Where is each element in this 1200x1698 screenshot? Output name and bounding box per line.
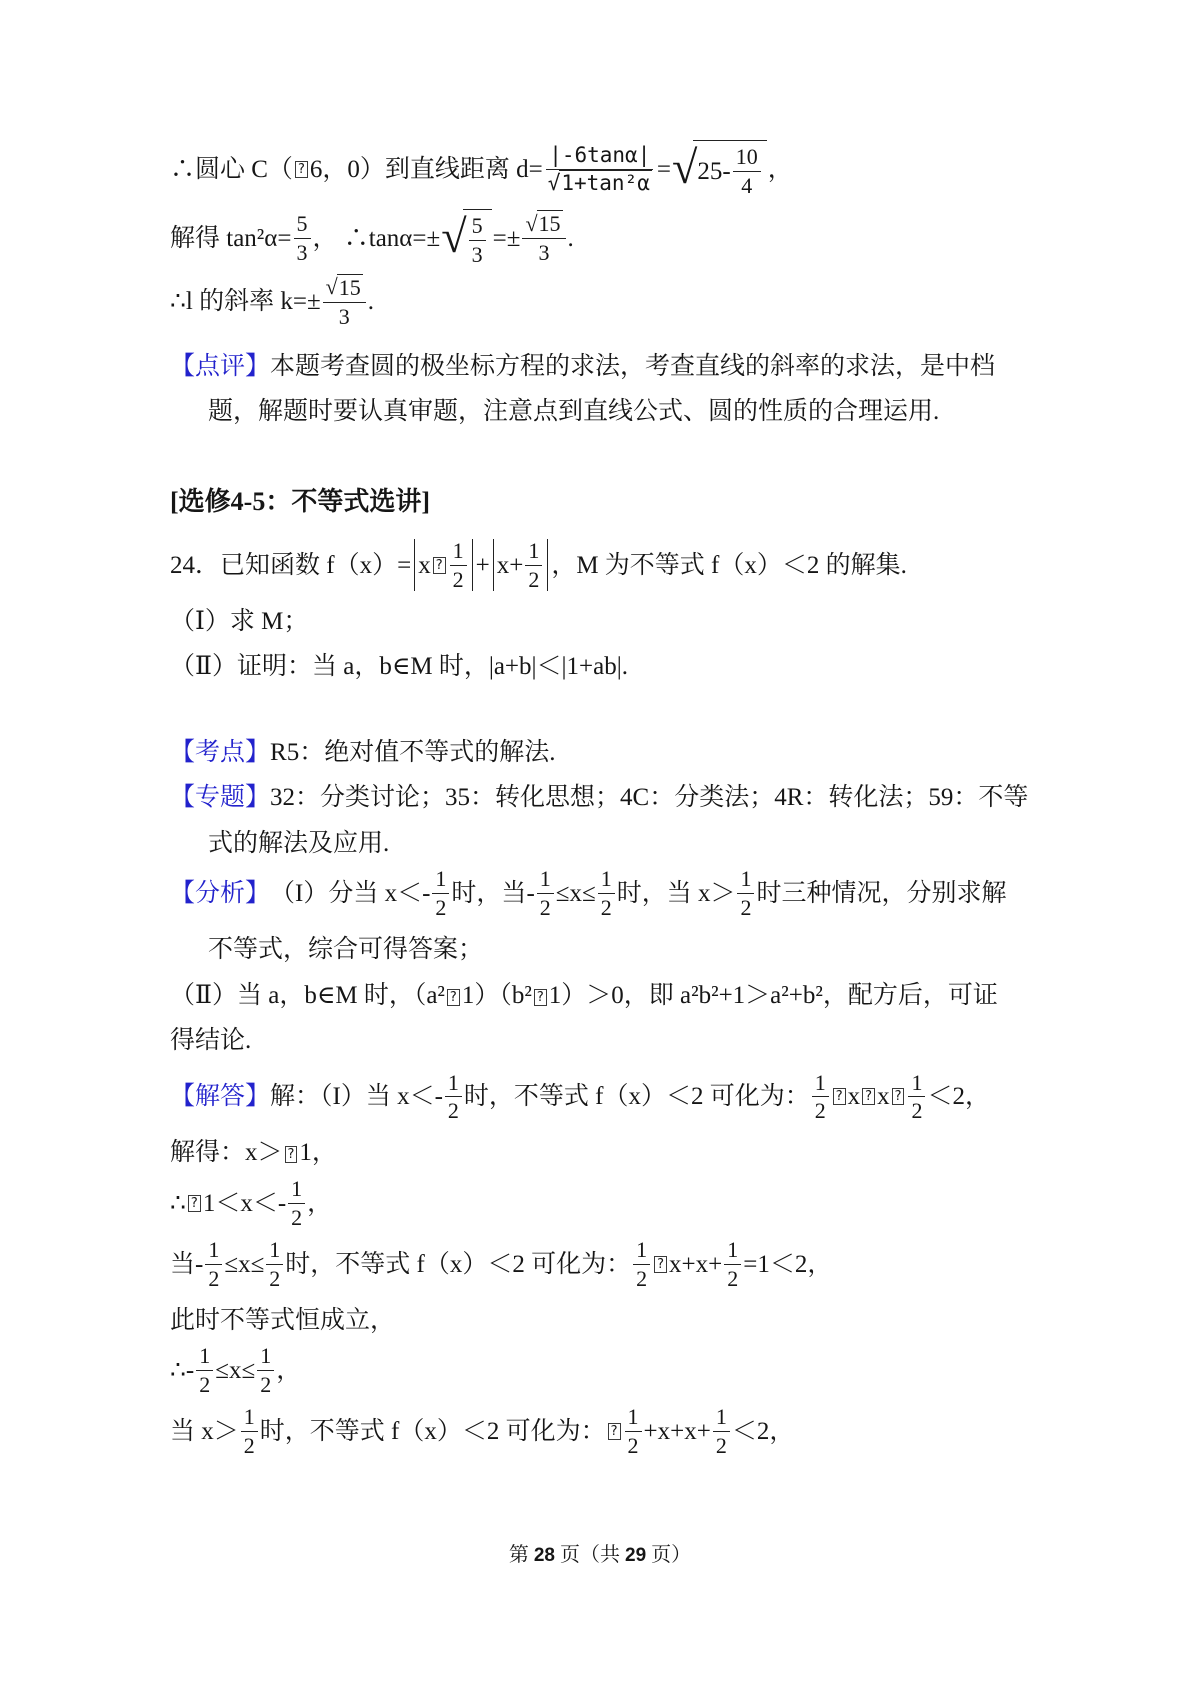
fenxi-tag: 【分析】 <box>170 878 270 909</box>
math-text: . <box>368 286 374 317</box>
math-text: ，M 为不等式 f（x）＜2 的解集. <box>551 550 907 581</box>
jieda-line4: 当 - 12 ≤x≤ 12 时，不等式 f（x）＜2 可化为： 12 ? x+x… <box>170 1237 1040 1292</box>
fraction-numerator: 1 <box>724 1237 741 1265</box>
math-text: 时，当 x＞ <box>617 878 736 909</box>
radicand: 15 <box>337 274 363 301</box>
missing-glyph-box: ? <box>447 989 460 1006</box>
fraction: |-6tanα| √1+tan²α <box>545 143 655 196</box>
math-text: ， <box>768 154 793 185</box>
fraction-numerator: 1 <box>598 866 615 894</box>
fraction: 12 <box>812 1070 829 1125</box>
abs-bar <box>472 539 473 591</box>
footer-text: 页（共 <box>555 1544 625 1566</box>
fraction-denominator: 2 <box>450 566 467 593</box>
fraction: 12 <box>205 1237 222 1292</box>
fraction-denominator: 2 <box>196 1371 213 1398</box>
math-text: 25- <box>697 156 730 187</box>
math-text: 当 <box>170 1249 195 1280</box>
section-header: [选修4-5：不等式选讲] <box>170 481 1040 518</box>
fraction-denominator: 3 <box>535 239 552 266</box>
kaodian-text: R5：绝对值不等式的解法. <box>270 739 555 766</box>
footer-total-pages: 29 <box>625 1545 646 1566</box>
fraction-denominator: 2 <box>598 894 615 921</box>
fraction-denominator: 2 <box>205 1265 222 1292</box>
missing-glyph-box: ? <box>862 1088 875 1105</box>
fraction-numerator: 1 <box>445 1070 462 1098</box>
math-text: =1＜2， <box>743 1249 832 1280</box>
missing-glyph-box: ? <box>534 989 547 1006</box>
fraction-denominator: 2 <box>724 1265 741 1292</box>
fraction-denominator: 2 <box>908 1097 925 1124</box>
fraction-numerator: 1 <box>625 1404 642 1432</box>
fraction: 12 <box>633 1237 650 1292</box>
fraction-numerator: 1 <box>633 1237 650 1265</box>
abs-bar <box>547 539 548 591</box>
minus-sign: - <box>435 1081 443 1112</box>
fraction-numerator: √15 <box>323 274 366 303</box>
missing-glyph-box: ? <box>433 557 446 574</box>
math-text: ， <box>276 1355 301 1386</box>
fraction-numerator: 1 <box>908 1070 925 1098</box>
review-tag: 【点评】 <box>170 353 270 380</box>
fraction-denominator: 3 <box>294 239 311 266</box>
missing-glyph-box: ? <box>654 1256 667 1273</box>
math-text: （I）分当 x＜ <box>270 878 422 909</box>
math-text: 时，不等式 f（x）＜2 可化为： <box>285 1249 631 1280</box>
math-text: ∴ <box>170 1355 186 1386</box>
zhuanti-text: 32：分类讨论；35：转化思想；4C：分类法；4R：转化法；59：不等 <box>270 784 1028 811</box>
fraction-denominator: √1+tan²α <box>545 170 655 196</box>
math-text: 当 x＞ <box>170 1416 239 1447</box>
minus-sign: - <box>195 1249 203 1280</box>
radicand: 15 <box>537 210 563 237</box>
math-text: 1， <box>299 1139 337 1166</box>
fraction-denominator: 2 <box>432 894 449 921</box>
math-text: + <box>476 550 490 581</box>
fraction-numerator: 1 <box>737 866 754 894</box>
fraction-denominator: 3 <box>336 303 353 330</box>
fraction-numerator: 1 <box>713 1404 730 1432</box>
fraction: 12 <box>432 866 449 921</box>
math-text: ∴l 的斜率 k=± <box>170 286 321 317</box>
math-text: ≤x≤ <box>556 878 596 909</box>
math-text: （Ⅱ）当 a，b∈M 时，（a² <box>170 982 445 1009</box>
fenxi-line1: 【分析】 （I）分当 x＜ - 12 时，当 - 12 ≤x≤ 12 时，当 x… <box>170 866 1040 921</box>
jieda-line5: 此时不等式恒成立， <box>170 1298 1040 1344</box>
fraction: √15 3 <box>323 274 366 330</box>
fraction-numerator: 5 <box>294 211 311 239</box>
math-text: ， ∴tanα=± <box>313 223 441 254</box>
fraction: 5 3 <box>294 211 311 266</box>
fraction: 12 <box>625 1404 642 1459</box>
fraction: 12 <box>537 866 554 921</box>
fraction-numerator: 1 <box>241 1404 258 1432</box>
math-text: ， <box>307 1188 332 1219</box>
fraction-numerator: 1 <box>266 1237 283 1265</box>
math-text: ＜2， <box>732 1416 795 1447</box>
math-text: ≤x≤ <box>224 1249 264 1280</box>
math-text: 6，0）到直线距离 d= <box>310 154 543 185</box>
footer-text: 第 <box>509 1544 534 1566</box>
jieda-line6: ∴ - 12 ≤x≤ 12 ， <box>170 1343 1040 1398</box>
minus-sign: - <box>186 1355 194 1386</box>
fraction-denominator: 2 <box>812 1097 829 1124</box>
math-text: x+ <box>497 550 524 581</box>
footer-page-number: 28 <box>534 1545 555 1566</box>
fraction: 1 2 <box>525 538 542 593</box>
math-text: x <box>877 1081 890 1112</box>
fraction-numerator: 1 <box>812 1070 829 1098</box>
fraction-denominator: 2 <box>525 566 542 593</box>
fraction-denominator: 2 <box>257 1371 274 1398</box>
fraction-numerator: 1 <box>196 1343 213 1371</box>
fraction-numerator: 1 <box>432 866 449 894</box>
kaodian-paragraph: 【考点】R5：绝对值不等式的解法. <box>170 730 1040 776</box>
math-text: 1）＞0，即 a²b²+1＞a²+b²，配方后，可证 <box>549 982 998 1009</box>
abs-bar <box>493 539 494 591</box>
review-text: 本题考查圆的极坐标方程的求法，考查直线的斜率的求法，是中档 <box>270 353 995 380</box>
math-text: 时三种情况，分别求解 <box>756 878 1006 909</box>
math-line-slope: ∴l 的斜率 k=± √15 3 . <box>170 274 1040 330</box>
review-paragraph: 【点评】本题考查圆的极坐标方程的求法，考查直线的斜率的求法，是中档 <box>170 344 1040 390</box>
fraction-numerator: 10 <box>733 144 761 172</box>
math-text: +x+x+ <box>644 1416 711 1447</box>
fraction-denominator: 2 <box>266 1265 283 1292</box>
square-root: √ 25- 10 4 <box>672 140 767 199</box>
math-text: x <box>418 550 431 581</box>
fraction-numerator: 5 <box>469 213 486 241</box>
missing-glyph-box: ? <box>833 1088 846 1105</box>
radicand: 1+tan²α <box>559 170 652 195</box>
fraction-numerator: 1 <box>257 1343 274 1371</box>
math-text: ＜2， <box>927 1081 990 1112</box>
math-line-tan: 解得 tan²α= 5 3 ， ∴tanα=± √ 5 3 =± √15 3 . <box>170 209 1040 268</box>
fraction: 12 <box>288 1176 305 1231</box>
footer-text: 页） <box>646 1544 691 1566</box>
math-text: 1＜x＜ <box>203 1188 278 1219</box>
missing-glyph-box: ? <box>188 1195 201 1212</box>
problem-24-part2: （Ⅱ）证明：当 a，b∈M 时，|a+b|＜|1+ab|. <box>170 644 1040 690</box>
missing-glyph-box: ? <box>608 1423 621 1440</box>
math-line-distance: ∴圆心 C（?6，0）到直线距离 d= |-6tanα| √1+tan²α = … <box>170 140 1040 199</box>
fraction: 12 <box>908 1070 925 1125</box>
math-text: =± <box>493 223 521 254</box>
math-text: 解：（I）当 x＜ <box>270 1081 435 1112</box>
document-page: ∴圆心 C（?6，0）到直线距离 d= |-6tanα| √1+tan²α = … <box>0 0 1200 1698</box>
problem-24-part1: （Ⅰ）求 M； <box>170 599 1040 645</box>
fraction: 12 <box>241 1404 258 1459</box>
fraction-denominator: 4 <box>738 172 755 199</box>
fraction: 12 <box>266 1237 283 1292</box>
fraction-denominator: 2 <box>625 1432 642 1459</box>
fraction-denominator: 2 <box>537 894 554 921</box>
math-text: ∴圆心 C（ <box>170 154 293 185</box>
zhuanti-paragraph: 【专题】32：分类讨论；35：转化思想；4C：分类法；4R：转化法；59：不等 <box>170 775 1040 821</box>
math-text: 解得：x＞ <box>170 1139 283 1166</box>
fraction-denominator: 2 <box>713 1432 730 1459</box>
minus-sign: - <box>526 878 534 909</box>
missing-glyph-box: ? <box>892 1088 905 1105</box>
math-text: x+x+ <box>669 1249 722 1280</box>
radicand: 5 3 <box>463 209 492 268</box>
math-text: 时，不等式 f（x）＜2 可化为： <box>464 1081 810 1112</box>
fenxi-line3: （Ⅱ）当 a，b∈M 时，（a²?1）（b²?1）＞0，即 a²b²+1＞a²+… <box>170 973 1040 1019</box>
math-text: . <box>568 223 574 254</box>
fraction-denominator: 3 <box>469 241 486 268</box>
fraction: 12 <box>724 1237 741 1292</box>
fenxi-line4: 得结论. <box>170 1018 1040 1064</box>
math-text: x <box>848 1081 861 1112</box>
fraction-numerator: 1 <box>450 538 467 566</box>
fraction: 12 <box>257 1343 274 1398</box>
math-text: 时，当 <box>451 878 526 909</box>
radicand: 25- 10 4 <box>693 140 766 199</box>
math-text: 时，不等式 f（x）＜2 可化为： <box>260 1416 606 1447</box>
missing-glyph-box: ? <box>295 161 308 178</box>
jieda-line2: 解得：x＞?1， <box>170 1130 1040 1176</box>
fraction: 12 <box>598 866 615 921</box>
fraction: 12 <box>713 1404 730 1459</box>
kaodian-tag: 【考点】 <box>170 739 270 766</box>
fraction: 5 3 <box>469 213 486 268</box>
page-footer: 第 28 页（共 29 页） <box>0 1538 1200 1567</box>
jieda-tag: 【解答】 <box>170 1081 270 1112</box>
fraction: 10 4 <box>733 144 761 199</box>
missing-glyph-box: ? <box>285 1146 298 1163</box>
fraction-numerator: 1 <box>525 538 542 566</box>
fraction: 12 <box>196 1343 213 1398</box>
fraction-denominator: 2 <box>241 1432 258 1459</box>
review-paragraph-cont: 题，解题时要认真审题，注意点到直线公式、圆的性质的合理运用. <box>170 389 1040 435</box>
fenxi-line2: 不等式，综合可得答案； <box>170 927 1040 973</box>
fraction: 12 <box>737 866 754 921</box>
fraction: 1 2 <box>450 538 467 593</box>
fraction-numerator: 1 <box>537 866 554 894</box>
jieda-line1: 【解答】 解：（I）当 x＜ - 12 时，不等式 f（x）＜2 可化为： 12… <box>170 1070 1040 1125</box>
fraction-denominator: 2 <box>445 1097 462 1124</box>
math-text: 1）（b² <box>462 982 532 1009</box>
zhuanti-tag: 【专题】 <box>170 784 270 811</box>
square-root: √ 5 3 <box>441 209 491 268</box>
fraction-denominator: 2 <box>633 1265 650 1292</box>
fraction-numerator: √15 <box>522 210 565 239</box>
abs-bar <box>414 539 415 591</box>
fraction-numerator: |-6tanα| <box>546 143 653 170</box>
fraction: 12 <box>445 1070 462 1125</box>
math-text: 解得 tan²α= <box>170 223 292 254</box>
fraction-numerator: 1 <box>205 1237 222 1265</box>
jieda-line7: 当 x＞ 12 时，不等式 f（x）＜2 可化为： ? 12 +x+x+ 12 … <box>170 1404 1040 1459</box>
jieda-line3: ∴ ? 1＜x＜ - 12 ， <box>170 1176 1040 1231</box>
minus-sign: - <box>422 878 430 909</box>
minus-sign: - <box>278 1188 286 1219</box>
fraction-denominator: 2 <box>737 894 754 921</box>
math-text: ≤x≤ <box>215 1355 255 1386</box>
fraction: √15 3 <box>522 210 565 266</box>
zhuanti-paragraph-cont: 式的解法及应用. <box>170 821 1040 867</box>
fraction-denominator: 2 <box>288 1204 305 1231</box>
math-text: 24．已知函数 f（x）= <box>170 550 411 581</box>
problem-24-statement: 24．已知函数 f（x）= x? 1 2 + x+ 1 2 ，M 为不等式 f（… <box>170 538 1040 593</box>
fraction-numerator: 1 <box>288 1176 305 1204</box>
math-text: = <box>657 154 671 185</box>
math-text: ∴ <box>170 1188 186 1219</box>
